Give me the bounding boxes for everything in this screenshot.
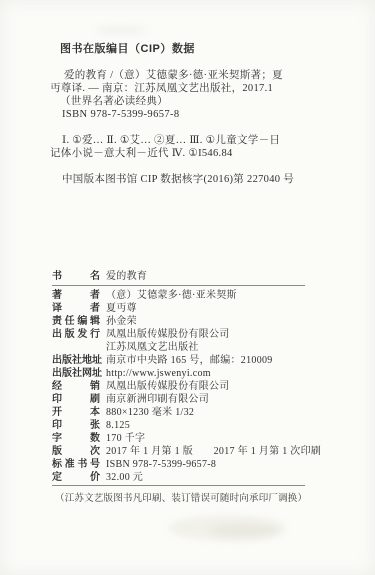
table-row-translator: 译者夏丏尊 (52, 302, 305, 315)
table-row-editor: 责任编辑孙金荣 (52, 315, 305, 328)
cip-header: 图书在版编目（CIP）数据 (60, 40, 195, 56)
table-row-format: 开本880×1230 毫米 1/32 (52, 406, 305, 419)
row-label: 著者 (52, 289, 100, 302)
scan-smudge (210, 524, 280, 538)
row-value: 880×1230 毫米 1/32 (106, 406, 194, 419)
table-row-distributor: 经销凤凰出版传媒股份有限公司 (52, 380, 305, 393)
row-value: 南京新洲印刷有限公司 (106, 393, 209, 406)
row-label: 出版发行 (52, 328, 100, 341)
row-label: 译者 (52, 302, 100, 315)
classification-line: 记体小说－意大利－近代 Ⅳ. ①I546.84 (50, 147, 320, 160)
row-label: 开本 (52, 406, 100, 419)
scan-smudge (168, 516, 286, 540)
row-value: （意）艾德蒙多·德·亚米契斯 (106, 289, 237, 302)
row-label: 字数 (52, 432, 100, 445)
row-value: 170 千字 (106, 432, 145, 445)
row-value: ISBN 978-7-5399-9657-8 (106, 458, 216, 471)
row-value: 32.00 元 (106, 471, 143, 484)
table-row-publisher: 出版发行凤凰出版传媒股份有限公司 (52, 328, 305, 341)
cip-series-note: （世界名著必读经典） (50, 95, 310, 108)
row-value: 2017 年 1 月第 1 版 2017 年 1 月第 1 次印刷 (106, 445, 321, 458)
row-label: 定价 (52, 471, 100, 484)
row-label: 印刷 (52, 393, 100, 406)
cip-line: 丏尊译. — 南京：江苏凤凰文艺出版社，2017.1 (50, 82, 310, 95)
table-row-printer: 印刷南京新洲印刷有限公司 (52, 393, 305, 406)
row-label: 经销 (52, 380, 100, 393)
row-value: http://www.jswenyi.com (106, 367, 211, 380)
colophon-table: 书名爱的教育 著者（意）艾德蒙多·德·亚米契斯 译者夏丏尊 责任编辑孙金荣 出版… (52, 270, 305, 486)
table-row-price: 定价32.00 元 (52, 471, 305, 484)
cip-line: 爱的教育 /（意）艾德蒙多·德·亚米契斯著；夏 (50, 69, 310, 82)
table-row-edition: 版次2017 年 1 月第 1 版 2017 年 1 月第 1 次印刷 (52, 445, 305, 458)
row-label: 出版社地址 (52, 354, 100, 367)
row-label: 出版社网址 (52, 367, 100, 380)
row-value: 孙金荣 (106, 315, 137, 328)
table-row-book-title: 书名爱的教育 (52, 270, 305, 283)
row-value: 8.125 (106, 419, 130, 432)
row-value: 凤凰出版传媒股份有限公司 (106, 380, 230, 393)
cip-registry-number: 中国版本图书馆 CIP 数据核字(2016)第 227040 号 (62, 171, 294, 186)
row-value: 凤凰出版传媒股份有限公司 (106, 328, 230, 341)
divider-rule (52, 285, 305, 286)
table-row-sheets: 印张8.125 (52, 419, 305, 432)
divider-rule (52, 485, 305, 486)
classification-line: Ⅰ. ①爱… Ⅱ. ①艾… ②夏… Ⅲ. ①儿童文学－日 (50, 134, 320, 147)
cip-isbn: ISBN 978-7-5399-9657-8 (50, 108, 310, 121)
row-label: 版次 (52, 445, 100, 458)
row-value: 夏丏尊 (106, 302, 137, 315)
row-value: 爱的教育 (106, 270, 147, 283)
table-row-publisher-address: 出版社地址南京市中央路 165 号，邮编：210009 (52, 354, 305, 367)
colophon-page: 图书在版编目（CIP）数据 爱的教育 /（意）艾德蒙多·德·亚米契斯著；夏 丏尊… (0, 0, 375, 575)
footer-note: （江苏文艺版图书凡印刷、装订错误可随时向承印厂调换） (55, 490, 307, 504)
row-label: 标准书号 (52, 458, 100, 471)
table-row-isbn: 标准书号ISBN 978-7-5399-9657-8 (52, 458, 305, 471)
table-row-publisher-website: 出版社网址http://www.jswenyi.com (52, 367, 305, 380)
row-label: 印张 (52, 419, 100, 432)
table-row-author: 著者（意）艾德蒙多·德·亚米契斯 (52, 289, 305, 302)
cip-description: 爱的教育 /（意）艾德蒙多·德·亚米契斯著；夏 丏尊译. — 南京：江苏凤凰文艺… (50, 69, 310, 121)
cip-classification: Ⅰ. ①爱… Ⅱ. ①艾… ②夏… Ⅲ. ①儿童文学－日 记体小说－意大利－近代… (50, 134, 320, 160)
row-label: 书名 (52, 270, 100, 283)
row-value: 江苏凤凰文艺出版社 (106, 341, 199, 354)
row-value: 南京市中央路 165 号，邮编：210009 (106, 354, 273, 367)
scan-smudge (95, 27, 147, 33)
table-row-publisher-cont: 江苏凤凰文艺出版社 (52, 341, 305, 354)
row-label: 责任编辑 (52, 315, 100, 328)
table-row-word-count: 字数170 千字 (52, 432, 305, 445)
